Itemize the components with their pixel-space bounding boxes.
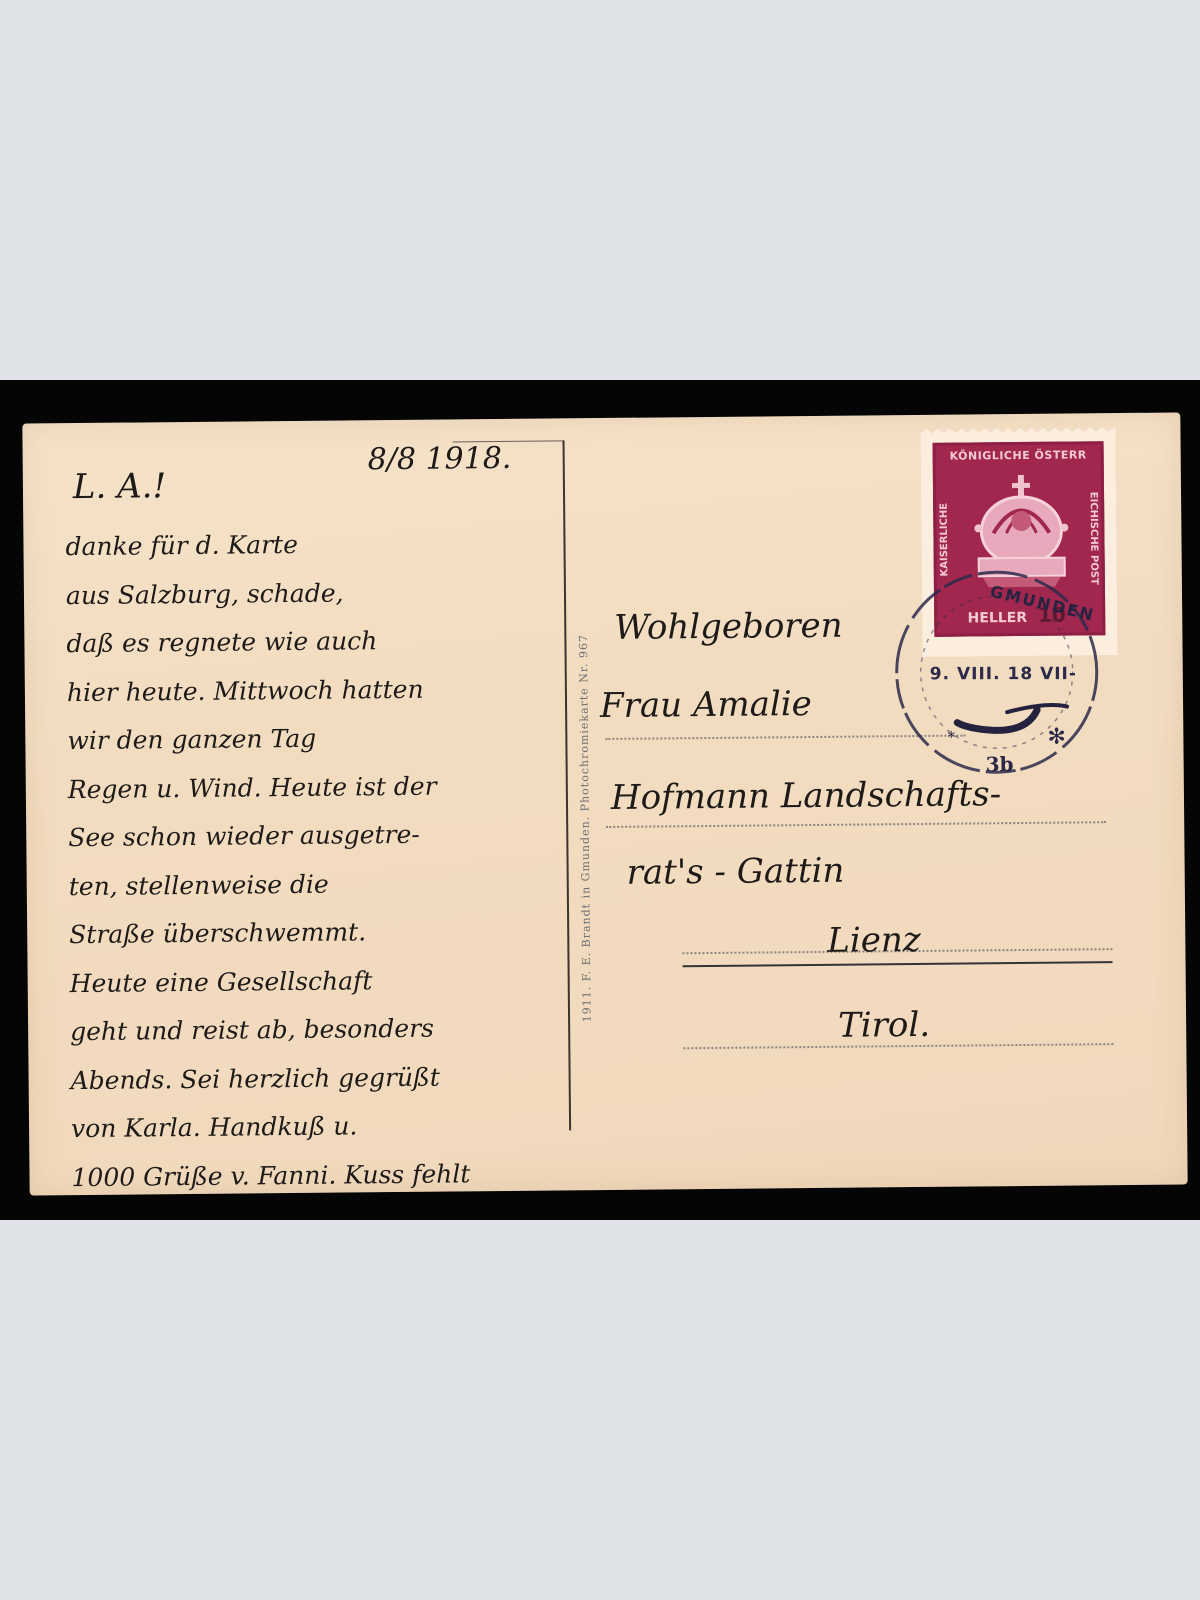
message-line: danke für d. Karte <box>65 519 464 571</box>
message-line: von Karla. Handkuß u. <box>71 1101 470 1153</box>
stamp-inscription-top: KÖNIGLICHE ÖSTERR <box>936 448 1101 463</box>
postmark-date: 9. VIII. 18 VII- <box>930 664 1077 684</box>
greeting: L. A.! <box>73 466 167 507</box>
message-body: danke für d. Karte aus Salzburg, schade,… <box>65 519 470 1202</box>
stamp-inscription-left: KAISERLICHE <box>939 503 951 577</box>
message-line: daß es regnete wie auch <box>66 616 465 668</box>
message-line: See schon wieder ausgetre- <box>68 810 467 862</box>
crown-icon <box>968 472 1075 591</box>
address-line: Tirol. <box>838 1005 930 1046</box>
message-line: Regen u. Wind. Heute ist der <box>68 762 467 814</box>
address-underline <box>683 961 1113 967</box>
svg-text:✻: ✻ <box>1047 725 1066 750</box>
message-line: aus Salzburg, schade, <box>66 568 465 620</box>
message-line: 1000 Grüße v. Fanni. Kuss fehlt <box>71 1150 470 1202</box>
address-guide-line <box>606 821 1106 828</box>
postcard: 1911. F. E. Brandt in Gmunden. Photochro… <box>22 412 1187 1195</box>
stamp-currency: HELLER <box>968 610 1028 627</box>
message-line: Abends. Sei herzlich gegrüßt <box>70 1053 469 1105</box>
address-line: Frau Amalie <box>600 684 812 726</box>
publisher-imprint: 1911. F. E. Brandt in Gmunden. Photochro… <box>577 634 594 1022</box>
address-line: Lienz <box>827 920 921 961</box>
address-line: rat's - Gattin <box>626 851 844 893</box>
address-line: Hofmann Landschafts- <box>611 774 1002 818</box>
address-guide-line <box>605 735 965 740</box>
message-line: Heute eine Gesellschaft <box>69 956 468 1008</box>
message-address-divider <box>563 440 572 1130</box>
message-line: Straße überschwemmt. <box>69 907 468 959</box>
postmark-number: 3b <box>986 752 1014 776</box>
message-line: ten, stellenweise die <box>69 859 468 911</box>
letter-date: 8/8 1918. <box>368 441 512 477</box>
address-line: Wohlgeboren <box>614 606 843 648</box>
svg-text:*: * <box>947 728 955 747</box>
stamp-inscription-right: EICHISCHE POST <box>1088 492 1100 585</box>
message-line: hier heute. Mittwoch hatten <box>67 665 466 717</box>
message-line: wir den ganzen Tag <box>67 713 466 765</box>
message-line: geht und reist ab, besonders <box>70 1004 469 1056</box>
